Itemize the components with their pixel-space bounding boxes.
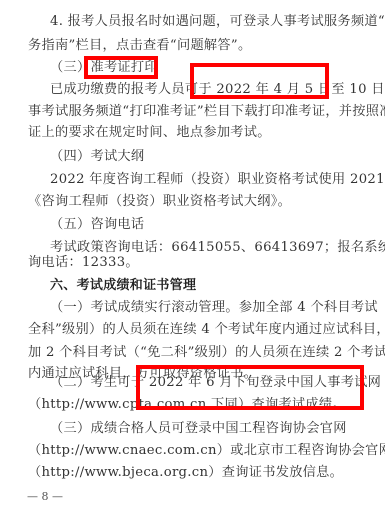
highlight-box-admission-ticket xyxy=(84,56,158,79)
paragraph-line: 加 2 个科目考试（“免二科”级别）的人员须在连续 2 个考试年度 xyxy=(0,345,385,361)
chapter-heading-scores-certificates: 六、考试成绩和证书管理 xyxy=(0,278,385,294)
paragraph-line: 务指南”栏目，点击查看“问题解答”。 xyxy=(0,38,385,54)
paragraph-line: 全科”级别）的人员须在连续 4 个考试年度内通过应试科目，参 xyxy=(0,322,385,338)
paragraph-line: 询电话：12333。 xyxy=(0,255,385,271)
paragraph-line: 《咨询工程师（投资）职业资格考试大纲》。 xyxy=(0,194,385,210)
paragraph-line: 考试政策咨询电话：66415055、66413697；报名系统使用咨 xyxy=(0,240,385,256)
paragraph-line: 4. 报考人员报名时如遇问题，可登录人事考试服务频道“服 xyxy=(0,14,385,30)
paragraph-line: （一）考试成绩实行滚动管理。参加全部 4 个科目考试（“考 xyxy=(0,300,385,316)
page-number: — 8 — xyxy=(27,490,63,503)
paragraph-line: 事考试服务频道“打印准考证”栏目下载打印准考证，并按照准考 xyxy=(0,104,385,120)
paragraph-line: 2022 年度咨询工程师（投资）职业资格考试使用 2021 年版 xyxy=(0,172,385,188)
highlight-box-print-dates xyxy=(190,63,329,99)
paragraph-line: （http://www.cnaec.com.cn）或北京市工程咨询协会官网 xyxy=(0,443,385,459)
paragraph-line: （三）成绩合格人员可登录中国工程咨询协会官网 xyxy=(0,421,385,437)
section-heading-syllabus: （四）考试大纲 xyxy=(0,149,385,165)
section-heading-hotline: （五）咨询电话 xyxy=(0,217,385,233)
highlight-box-score-release xyxy=(136,365,364,410)
paragraph-line: （http://www.bjeca.org.cn）查询证书发放信息。 xyxy=(0,465,385,481)
paragraph-line: 证上的要求在规定时间、地点参加考试。 xyxy=(0,125,385,141)
